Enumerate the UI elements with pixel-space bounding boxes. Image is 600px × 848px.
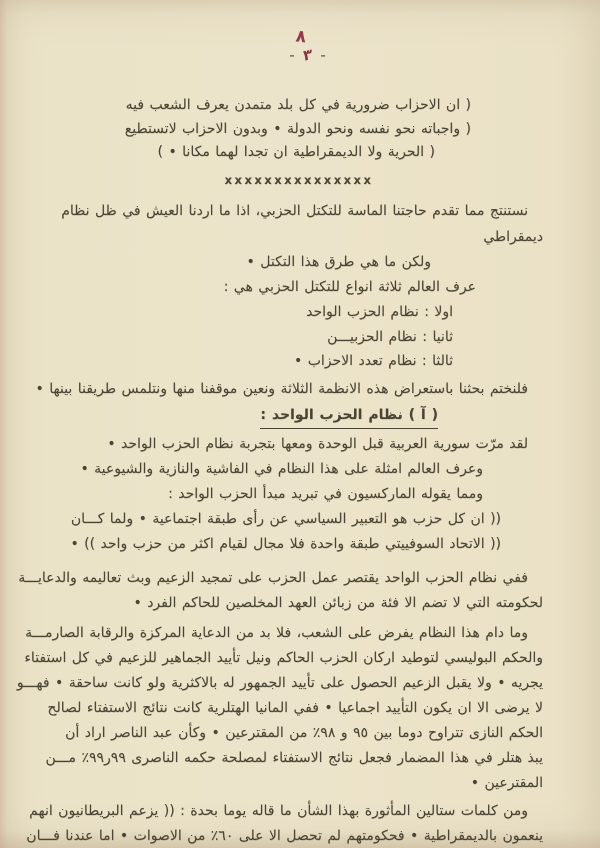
- quote-block: ( ان الاحزاب ضرورية في كل بلد متمدن يعرف…: [55, 94, 471, 165]
- paragraph-line: والحكم البوليسي لتوطيد اركان الحزب الحاك…: [55, 646, 543, 671]
- quote-line: ( واجباته نحو نفسه ونحو الدولة • وبدون ا…: [55, 118, 471, 142]
- quote-line: ( ان الاحزاب ضرورية في كل بلد متمدن يعرف…: [55, 94, 471, 118]
- paragraph-line: ومما يقوله الماركسيون في تبريد مبدأ الحز…: [55, 482, 483, 507]
- intro-paragraph: نستنتج مما تقدم حاجتنا الماسة للتكتل الح…: [55, 198, 543, 250]
- quote-line: ( الحرية ولا الديمقراطية ان تجدا لهما مك…: [55, 141, 435, 165]
- list-item: ثالثا : نظام تعدد الاحزاب •: [55, 349, 453, 374]
- section-paragraph: ومن كلمات ستالين المأثورة بهذا الشأن ما …: [55, 799, 543, 848]
- paragraph-line: الحكم النازى تتراوح دوما بين ٩٥ و ٩٨٪ من…: [55, 721, 543, 746]
- paragraph-line: (( الاتحاد السوفييتي طبقة واحدة فلا مجال…: [55, 532, 501, 557]
- list-item: اولا : نظام الحزب الواحد: [55, 300, 453, 325]
- paragraph-line: لقد مرّت سورية العربية قبل الوحدة ومعها …: [55, 432, 528, 457]
- transition-line: فلنختم بحثنا باستعراض هذه الانظمة الثلاث…: [55, 377, 528, 402]
- paragraph-line: نستنتج مما تقدم حاجتنا الماسة للتكتل الح…: [55, 198, 528, 224]
- section-heading: ( آ ) نظام الحزب الواحد :: [260, 404, 438, 429]
- section-paragraph: وما دام هذا النظام يفرض على الشعب، فلا ب…: [55, 621, 543, 796]
- paragraph-line: لحكومته التي لا تضم الا فئة من زبائن الع…: [55, 591, 543, 616]
- paragraph-line: ومن كلمات ستالين المأثورة بهذا الشأن ما …: [55, 799, 528, 824]
- section-paragraph: لقد مرّت سورية العربية قبل الوحدة ومعها …: [55, 432, 543, 557]
- types-intro-line: عرف العالم ثلاثة انواع للتكتل الحزبي هي …: [55, 275, 476, 300]
- asterisk-separator: xxxxxxxxxxxxxxx: [55, 171, 543, 189]
- paragraph-line: (( ان كل حزب هو التعبير السياسي عن رأى ط…: [55, 507, 501, 532]
- page-content: ( ان الاحزاب ضرورية في كل بلد متمدن يعرف…: [0, 0, 600, 848]
- paragraph-line: ففي نظام الحزب الواحد يقتصر عمل الحزب عل…: [55, 566, 528, 591]
- paragraph-line: يجريه • ولا يقبل الزعيم الحصول على تأييد…: [55, 671, 543, 696]
- paragraph-line: ينعمون بالديمقراطية • فحكومتهم لم تحصل ا…: [55, 824, 543, 848]
- scanned-document-page: ٨ - ٣ - ( ان الاحزاب ضرورية في كل بلد مت…: [0, 0, 600, 848]
- list-item: ثانيا : نظام الحزبيـــن: [55, 325, 453, 350]
- section-heading-row: ( آ ) نظام الحزب الواحد :: [55, 404, 438, 429]
- section-paragraph: ففي نظام الحزب الواحد يقتصر عمل الحزب عل…: [55, 566, 543, 616]
- paragraph-line: وما دام هذا النظام يفرض على الشعب، فلا ب…: [55, 621, 528, 646]
- paragraph-line: ديمقراطي: [55, 224, 543, 250]
- paragraph-line: لا يرضى الا ان يكون التأييد اجماعيا • فف…: [55, 696, 543, 721]
- question-line: ولكن ما هي طرق هذا التكتل •: [55, 250, 431, 275]
- paragraph-line: المقترعين •: [55, 771, 543, 796]
- numbered-list: اولا : نظام الحزب الواحد ثانيا : نظام ال…: [55, 300, 453, 374]
- paragraph-line: وعرف العالم امثلة على هذا النظام في الفا…: [55, 457, 483, 482]
- paragraph-line: يبذ هتلر في هذا المضمار فجعل نتائج الاست…: [55, 746, 543, 771]
